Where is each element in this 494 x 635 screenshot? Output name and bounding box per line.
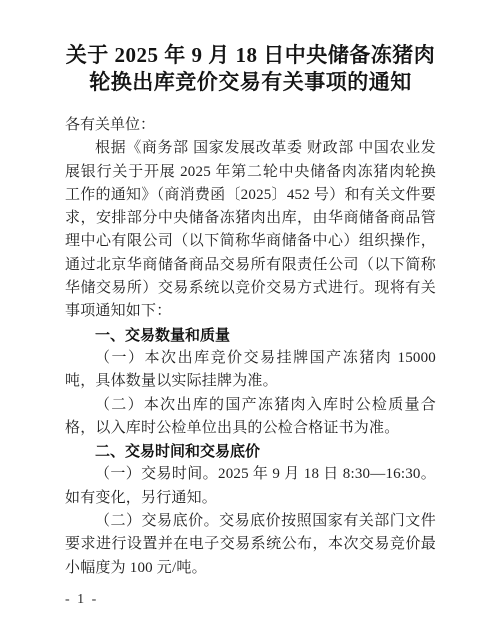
document-title: 关于 2025 年 9 月 18 日中央储备冻猪肉 轮换出库竞价交易有关事项的通… bbox=[65, 42, 436, 96]
section-heading-2: 二、交易时间和交易底价 bbox=[65, 440, 436, 463]
document-title-line-2: 轮换出库竞价交易有关事项的通知 bbox=[89, 70, 412, 94]
paragraph-floor-price: （二）交易底价。交易底价按照国家有关部门文件要求进行设置并在电子交易系统公布，本… bbox=[65, 510, 436, 580]
paragraph-quality: （二）本次出库的国产冻猪肉入库时公检质量合格，以入库时公检单位出具的公检合格证书… bbox=[65, 394, 436, 441]
paragraph-quantity: （一）本次出库竞价交易挂牌国产冻猪肉 15000 吨，具体数量以实际挂牌为准。 bbox=[65, 347, 436, 394]
scanned-notice-page: 关于 2025 年 9 月 18 日中央储备冻猪肉 轮换出库竞价交易有关事项的通… bbox=[0, 0, 494, 635]
paragraph-trading-time: （一）交易时间。2025 年 9 月 18 日 8:30—16:30。如有变化，… bbox=[65, 463, 436, 510]
document-title-line-1: 关于 2025 年 9 月 18 日中央储备冻猪肉 bbox=[66, 43, 436, 67]
section-heading-1: 一、交易数量和质量 bbox=[65, 324, 436, 347]
page-number: - 1 - bbox=[65, 591, 436, 609]
salutation: 各有关单位： bbox=[65, 114, 436, 137]
paragraph-basis: 根据《商务部 国家发展改革委 财政部 中国农业发展银行关于开展 2025 年第二… bbox=[65, 137, 436, 323]
